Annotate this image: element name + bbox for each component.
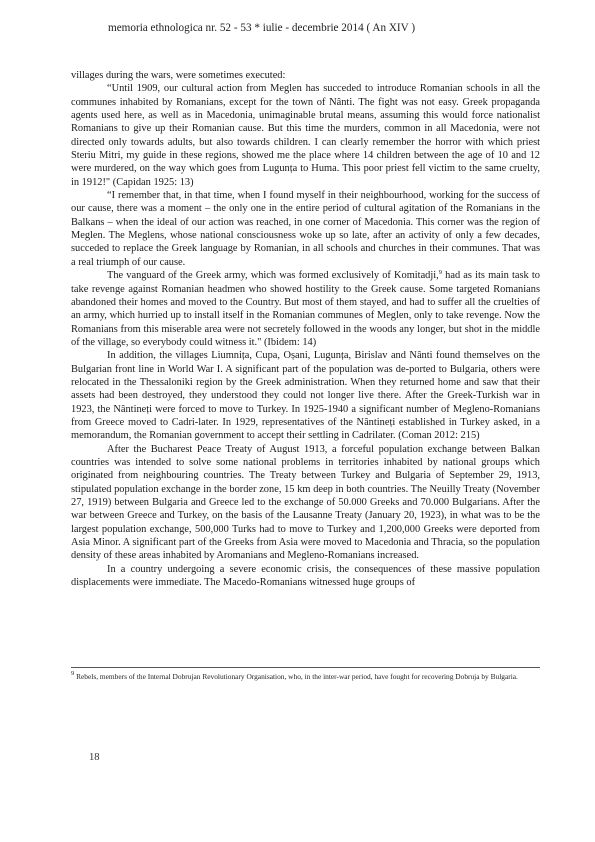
paragraph: After the Bucharest Peace Treaty of Augu…	[71, 443, 540, 563]
running-header: memoria ethnologica nr. 52 - 53 * iulie …	[108, 22, 415, 34]
quote-paragraph: “I remember that, in that time, when I f…	[71, 189, 540, 269]
paragraph: In addition, the villages Liumnița, Cupa…	[71, 349, 540, 442]
page-number: 18	[89, 752, 100, 763]
quote-paragraph: The vanguard of the Greek army, which wa…	[71, 269, 540, 349]
footnote: 9 Rebels, members of the Internal Dobruj…	[71, 672, 540, 682]
paragraph-text: The vanguard of the Greek army, which wa…	[107, 270, 439, 281]
paragraph: villages during the wars, were sometimes…	[71, 69, 540, 82]
paragraph: In a country undergoing a severe economi…	[71, 563, 540, 590]
footnote-text: Rebels, members of the Internal Dobrujan…	[74, 672, 518, 681]
paragraph-text: had as its main task to take revenge aga…	[71, 270, 540, 348]
quote-paragraph: “Until 1909, our cultural action from Me…	[71, 82, 540, 189]
body-text: villages during the wars, were sometimes…	[71, 69, 540, 589]
footnote-divider	[71, 667, 540, 668]
